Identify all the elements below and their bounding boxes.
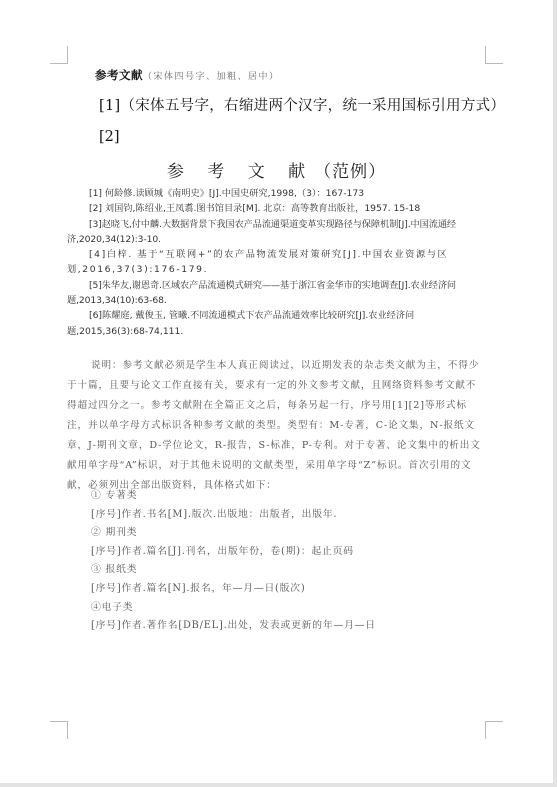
format-label-electronic: ④电子类 bbox=[91, 599, 491, 618]
format-label-monograph: ① 专著类 bbox=[91, 487, 491, 506]
margin-corner-bottom-left bbox=[50, 721, 68, 739]
explanation-paragraph: 说明：参考文献必须是学生本人真正阅读过，以近期发表的杂志类文献为主，不得少于十篇… bbox=[67, 356, 485, 496]
margin-corner-top-left bbox=[50, 46, 68, 64]
citation-format-list: ① 专著类 [序号]作者.书名[M].版次.出版地：出版者，出版年. ② 期刊类… bbox=[91, 487, 491, 636]
example-title-suffix: （范例） bbox=[314, 162, 386, 182]
format-label-newspaper: ③ 报纸类 bbox=[91, 561, 491, 580]
document-page: 参考文献（宋体四号字、加粗、居中） [1]（宋体五号字，右缩进两个汉字，统一采用… bbox=[0, 0, 553, 783]
heading-format-note: （宋体四号字、加粗、居中） bbox=[143, 72, 280, 82]
format-label-journal: ② 期刊类 bbox=[91, 524, 491, 543]
format-pattern-newspaper: [序号]作者.篇名[N].报名，年—月—日(版次) bbox=[91, 580, 491, 599]
reference-item: [3]赵晓飞,付中麟.大数据背景下我国农产品流通渠道变革实现路径与保障机制[J]… bbox=[67, 217, 485, 248]
reference-item: [5]朱华友,谢恩奇.区域农产品流通模式研究——基于浙江省金华市的实地调查[J]… bbox=[67, 278, 485, 309]
explanation-text: 说明：参考文献必须是学生本人真正阅读过，以近期发表的杂志类文献为主，不得少于十篇… bbox=[67, 356, 485, 496]
margin-corner-top-right bbox=[485, 46, 503, 64]
reference-item: [2] 刘国钧,陈绍业,王凤翥.图书馆目录[M]. 北京：高等教育出版社，195… bbox=[67, 201, 485, 216]
example-title-main: 参 考 文 献 bbox=[167, 162, 314, 182]
margin-corner-bottom-right bbox=[485, 721, 503, 739]
format-pattern-electronic: [序号]作者.著作名[DB/EL].出处，发表或更新的年—月—日 bbox=[91, 617, 491, 636]
format-line-1: [1]（宋体五号字，右缩进两个汉字，统一采用国标引用方式） bbox=[99, 94, 505, 115]
references-heading: 参考文献 bbox=[95, 68, 143, 82]
example-title: 参 考 文 献（范例） bbox=[0, 157, 553, 182]
format-pattern-monograph: [序号]作者.书名[M].版次.出版地：出版者，出版年. bbox=[91, 506, 491, 525]
format-pattern-journal: [序号]作者.篇名[J].刊名，出版年份，卷(期)：起止页码 bbox=[91, 543, 491, 562]
reference-item: [4]白梓. 基于“互联网+”的农产品物流发展对策研究[J].中国农业资源与区划… bbox=[67, 247, 485, 278]
format-line-2: [2] bbox=[99, 129, 120, 145]
reference-item: [1] 何龄修.读顾城《南明史》[J].中国史研究,1998,（3）：167-1… bbox=[67, 186, 485, 201]
example-reference-list: [1] 何龄修.读顾城《南明史》[J].中国史研究,1998,（3）：167-1… bbox=[67, 186, 485, 339]
references-heading-hint: 参考文献（宋体四号字、加粗、居中） bbox=[95, 67, 280, 83]
reference-item: [6]陈耀庭, 戴俊玉, 管曦.不同流通模式下农产品流通效率比较研究[J].农业… bbox=[67, 308, 485, 339]
